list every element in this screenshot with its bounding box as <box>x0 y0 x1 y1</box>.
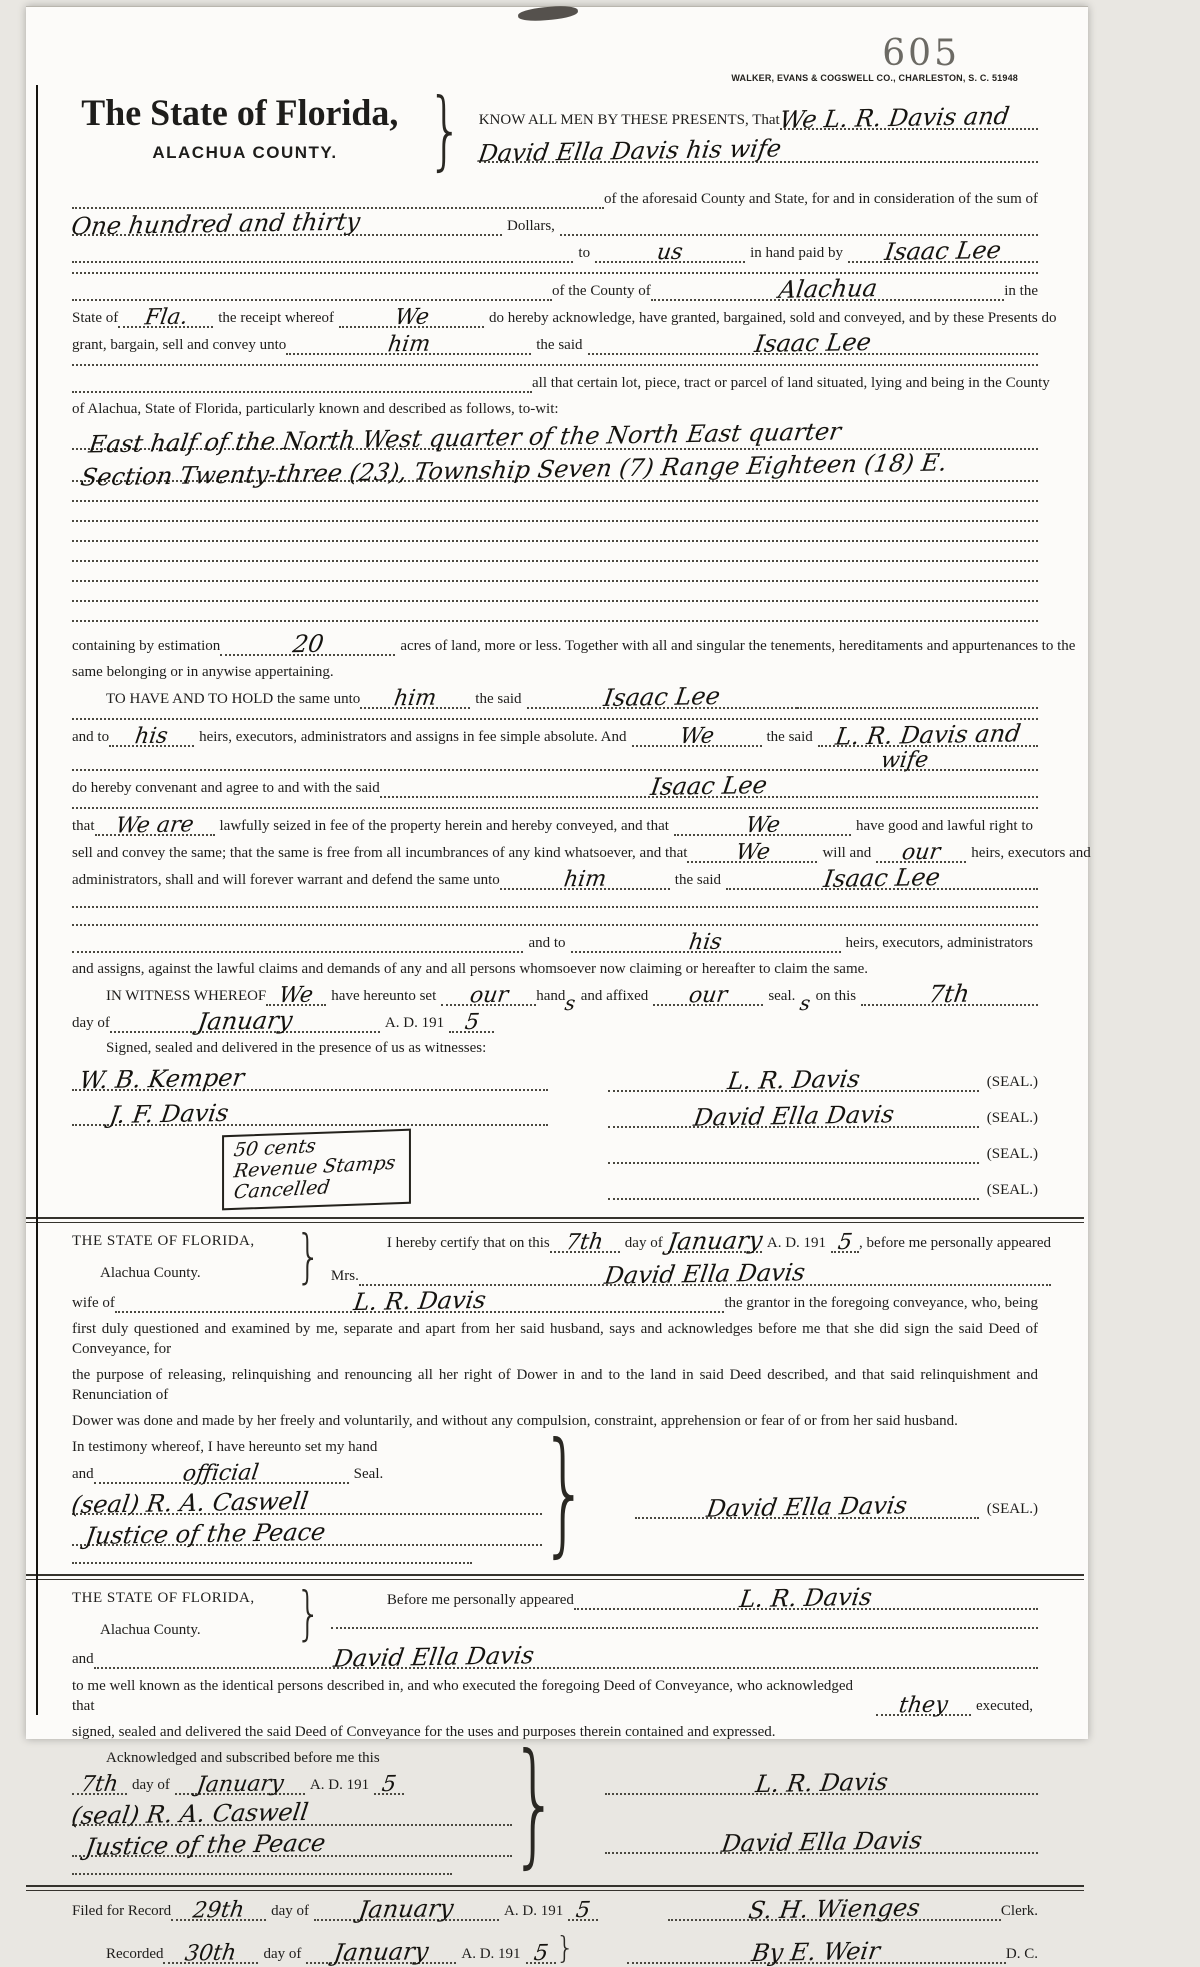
jp-title-line: Justice of the Peace <box>72 1527 542 1546</box>
handwritten-us: us <box>657 248 684 258</box>
covenant-line: do hereby convenant and agree to and wit… <box>72 778 1038 798</box>
handwritten-him-3: him <box>563 875 607 886</box>
blank-fill <box>72 618 1038 622</box>
state-fill: Fla. <box>118 311 213 328</box>
notary1-paragraph-2: the purpose of releasing, relinquishing … <box>72 1365 1038 1405</box>
grantor-names-fill: We L. R. Davis and <box>780 111 1038 130</box>
seized-end: have good and lawful right to <box>851 816 1038 836</box>
blank-fill <box>72 498 1038 502</box>
seized-fill-2: We <box>674 819 851 836</box>
handwritten-our-2: our <box>469 991 508 1002</box>
claims-text: and assigns, against the lawful claims a… <box>72 959 1038 979</box>
will-and-label: will and <box>817 843 876 863</box>
convey-label: grant, bargain, sell and convey unto <box>72 335 286 355</box>
convey-fill: him <box>286 338 531 355</box>
heirs-line: and to his heirs, executors, administrat… <box>72 727 1038 747</box>
handwritten-our: our <box>901 848 940 859</box>
handwritten-year: 5 <box>464 1018 479 1028</box>
masthead-brace: } <box>427 87 463 173</box>
section-rule <box>26 1217 1084 1223</box>
grantor-names-fill-2: David Ella Davis his wife <box>479 144 1038 163</box>
blank-fill <box>72 259 573 263</box>
and-to-fill: his <box>571 936 841 953</box>
and-to-label: and to <box>523 933 570 953</box>
warrant-fill: him <box>500 873 670 890</box>
handwritten-husband-name: L. R. Davis <box>353 1295 486 1307</box>
seal-row-4: (SEAL.) <box>608 1180 1038 1200</box>
handwritten-they: they <box>898 1701 948 1712</box>
presence-text: Signed, sealed and delivered in the pres… <box>72 1038 1038 1058</box>
deed-content: The State of Florida, ALACHUA COUNTY. } … <box>26 7 1088 1745</box>
handwritten-grantors-1: We L. R. Davis and <box>779 111 1010 125</box>
notary1-mrs-line: Mrs. David Ella Davis <box>331 1266 1051 1286</box>
blank-fill <box>560 232 1038 236</box>
warrant-line: administrators, shall and will forever w… <box>72 870 1038 890</box>
receipt-label: the receipt whereof <box>213 308 339 328</box>
blank-line <box>72 270 1038 274</box>
certify-label: I hereby certify that on this <box>331 1233 550 1253</box>
handwritten-grantee: Isaac Lee <box>754 337 872 349</box>
day-fill: 7th <box>861 987 1038 1006</box>
grantor-fill: L. R. Davis and <box>818 728 1038 747</box>
month-fill: January <box>110 1014 380 1033</box>
blank-fill <box>72 270 1038 274</box>
legal-fill-1: East half of the North West quarter of t… <box>72 431 1038 450</box>
wife-line: wife <box>72 754 1038 771</box>
witness-row-2: J. F. Davis <box>72 1107 548 1126</box>
handwritten-legal-1: East half of the North West quarter of t… <box>88 426 841 449</box>
to-have-fill: him <box>360 692 470 709</box>
paid-by-line: to us in hand paid by Isaac Lee <box>72 243 1038 263</box>
handwritten-his: his <box>135 732 169 743</box>
witness-column: W. B. Kemper J. F. Davis 50 cents Revenu… <box>72 1062 608 1207</box>
blank-fill <box>72 518 1038 522</box>
testimony-block: In testimony whereof, I have hereunto se… <box>72 1435 1038 1564</box>
seal-label-3: (SEAL.) <box>979 1144 1038 1164</box>
on-this-label: on this <box>811 986 861 1006</box>
handwritten-we-5: We <box>279 991 314 1002</box>
seal-row-2: David Ella Davis (SEAL.) <box>608 1108 1038 1128</box>
in-witness-label: IN WITNESS WHEREOF <box>72 986 266 1006</box>
testimony-brace: } <box>540 1426 589 1560</box>
signature-3-fill <box>608 1147 979 1164</box>
blank-fill <box>72 716 1038 720</box>
seal-label-4: (SEAL.) <box>979 1180 1038 1200</box>
handwritten-n2-name2: David Ella Davis <box>333 1650 535 1663</box>
year-fill: 5 <box>449 1016 494 1033</box>
revenue-stamp-box: 50 cents Revenue Stamps Cancelled <box>222 1129 411 1211</box>
jp-title-fill: Justice of the Peace <box>72 1527 542 1546</box>
blank-line <box>331 1625 1038 1629</box>
acres-rest: acres of land, more or less. Together wi… <box>395 636 1080 656</box>
wife-of-line: wife of L. R. Davis the grantor in the f… <box>72 1293 1038 1313</box>
blank-line <box>72 578 1038 582</box>
scanned-deed-page: 605 WALKER, EVANS & COGSWELL CO., CHARLE… <box>26 6 1088 1739</box>
blank-line <box>72 805 1038 809</box>
notary1-brace: } <box>296 1227 322 1285</box>
legal-fill-2: Section Twenty-three (23), Township Seve… <box>72 463 1038 482</box>
parcel-text-1: all that certain lot, piece, tract or pa… <box>532 373 1050 393</box>
blank-fill <box>72 558 1038 562</box>
amount-fill: One hundred and thirty <box>72 217 502 236</box>
state-of-label: State of <box>72 308 118 328</box>
grantee-fill: Isaac Lee <box>588 336 1039 355</box>
free-fill: We <box>687 846 817 863</box>
jp-sig-fill: (seal) R. A. Caswell <box>72 1496 542 1515</box>
county-of-line: of the County of Alachua in the <box>72 281 1038 301</box>
parcel-line-1: all that certain lot, piece, tract or pa… <box>72 373 1038 393</box>
n1-day-of: day of <box>620 1233 668 1253</box>
presents-line-1: KNOW ALL MEN BY THESE PRESENTS, That We … <box>479 110 1038 130</box>
county-subtitle: ALACHUA COUNTY. <box>72 143 418 163</box>
handwritten-month: January <box>197 1015 293 1027</box>
free-text: sell and convey the same; that the same … <box>72 843 687 863</box>
handwritten-we-2: We <box>679 732 714 743</box>
amount-line: One hundred and thirty Dollars, <box>72 216 1038 236</box>
to-label: to <box>573 243 595 263</box>
notary1-certify-line: I hereby certify that on this 7th day of… <box>331 1233 1051 1253</box>
and-fill: We <box>632 730 762 747</box>
seal-word: seal. <box>763 986 800 1006</box>
state-receipt-line: State of Fla. the receipt whereof We do … <box>72 308 1038 328</box>
presents-block: KNOW ALL MEN BY THESE PRESENTS, That We … <box>479 95 1038 163</box>
receipt-fill: We <box>339 311 484 328</box>
handwritten-we-4: We <box>735 848 770 859</box>
handwritten-grantor-name: L. R. Davis and <box>835 728 1021 741</box>
n2-and-label: and <box>72 1649 94 1669</box>
day-of-label: day of <box>72 1013 110 1033</box>
handwritten-we-are: We are <box>115 820 194 831</box>
handwritten-we-3: We <box>745 821 780 832</box>
handwritten-acres: 20 <box>292 639 324 650</box>
and-to-line: and to his heirs, executors, administrat… <box>72 933 1038 953</box>
handwritten-grantors-2: David Ella Davis his wife <box>478 143 782 158</box>
handwritten-our-3: our <box>689 991 728 1002</box>
testimony-right: David Ella Davis (SEAL.) <box>605 1435 1038 1519</box>
in-the-label: in the <box>1004 281 1038 301</box>
witness-2-fill: J. F. Davis <box>72 1107 548 1126</box>
blank-line <box>72 498 1038 502</box>
n1-day-fill: 7th <box>550 1236 620 1253</box>
handwritten-n1-day: 7th <box>566 1238 605 1249</box>
parcel-text-2: of Alachua, State of Florida, particular… <box>72 399 1038 419</box>
seized-rest: lawfully seized in fee of the property h… <box>215 816 674 836</box>
handwritten-plural-s-1: s <box>565 998 577 1008</box>
name2-fill: David Ella Davis <box>94 1650 1038 1669</box>
notary1-state: THE STATE OF FLORIDA, <box>72 1231 290 1251</box>
blank-fill <box>72 949 523 953</box>
our-fill-2: our <box>653 989 763 1006</box>
blank-fill <box>72 805 1038 809</box>
testimony-text: In testimony whereof, I have hereunto se… <box>72 1437 542 1457</box>
executed-line: to me well known as the identical person… <box>72 1676 1038 1716</box>
handwritten-n2-name1: L. R. Davis <box>739 1592 872 1604</box>
section-rule <box>26 1574 1084 1580</box>
grantee-fill-2: Isaac Lee <box>527 690 797 709</box>
seal-row-3: (SEAL.) <box>608 1144 1038 1164</box>
aforesaid-text: of the aforesaid County and State, for a… <box>604 189 1038 209</box>
n1-year-fill: 5 <box>831 1236 859 1253</box>
handwritten-signature-2: David Ella Davis <box>693 1109 895 1122</box>
handwritten-jp-signature: (seal) R. A. Caswell <box>71 1496 309 1510</box>
masthead-title-block: The State of Florida, ALACHUA COUNTY. <box>72 95 418 163</box>
handwritten-jp-title: Justice of the Peace <box>85 1527 326 1541</box>
notary1-head-right: I hereby certify that on this 7th day of… <box>331 1231 1051 1286</box>
executed-label: executed, <box>971 1696 1038 1716</box>
n1-month-fill: January <box>668 1234 762 1253</box>
containing-label: containing by estimation <box>72 636 220 656</box>
acres-fill: 20 <box>220 637 395 656</box>
notary2-head: THE STATE OF FLORIDA, Alachua County. } … <box>72 1588 1038 1642</box>
masthead: The State of Florida, ALACHUA COUNTY. } … <box>72 95 1038 173</box>
handwritten-we: We <box>394 313 429 324</box>
convey-line: grant, bargain, sell and convey unto him… <box>72 335 1038 355</box>
seal-word-label: Seal. <box>349 1464 389 1484</box>
handwritten-his-2: his <box>689 938 723 949</box>
seal-label-2: (SEAL.) <box>979 1108 1038 1128</box>
blank-fill <box>72 538 1038 542</box>
blank-fill <box>797 705 1038 709</box>
blank-fill <box>72 904 1038 908</box>
wife-of-label: wife of <box>72 1293 115 1313</box>
handwritten-signature-1: L. R. Davis <box>727 1074 860 1086</box>
presents-line-2: David Ella Davis his wife <box>479 144 1038 163</box>
blank-line <box>72 598 1038 602</box>
grantee-fill-3: Isaac Lee <box>726 871 1038 890</box>
witness-1-fill: W. B. Kemper <box>72 1072 548 1091</box>
grantor-rest: the grantor in the foregoing conveyance,… <box>724 1293 1038 1313</box>
containing-line: containing by estimation 20 acres of lan… <box>72 636 1038 656</box>
ad-label: A. D. 191 <box>380 1013 449 1033</box>
dollars-label: Dollars, <box>502 216 560 236</box>
heirs-rest: heirs, executors, administrators and ass… <box>194 727 631 747</box>
and-label: and <box>72 1464 94 1484</box>
handwritten-n1-month: January <box>667 1235 763 1247</box>
will-fill: our <box>876 846 966 863</box>
handwritten-him-2: him <box>393 694 437 705</box>
we-fill: We <box>266 989 326 1006</box>
handwritten-grantee-2: Isaac Lee <box>603 691 721 703</box>
n1-appeared: , before me personally appeared <box>859 1233 1051 1253</box>
signature-4-fill <box>608 1183 979 1200</box>
notary2-head-right: Before me personally appeared L. R. Davi… <box>331 1588 1038 1629</box>
blank-fill <box>72 922 1038 926</box>
handwritten-county: Alachua <box>778 283 878 295</box>
testimony-left: In testimony whereof, I have hereunto se… <box>72 1435 542 1564</box>
signature-1-fill: L. R. Davis <box>608 1073 979 1092</box>
to-have-line: TO HAVE AND TO HOLD the same unto him th… <box>72 689 1038 709</box>
handwritten-wife: wife <box>880 756 929 767</box>
blank-line <box>72 904 1038 908</box>
blank-line <box>72 538 1038 542</box>
heirs-pre: and to <box>72 727 109 747</box>
seal-label-1: (SEAL.) <box>979 1072 1038 1092</box>
set-label: have hereunto set <box>326 986 441 1006</box>
acknowledged-brace: } <box>510 1737 559 1745</box>
the-said-label: the said <box>531 335 587 355</box>
notary2-paragraph-1: to me well known as the identical person… <box>72 1676 876 1716</box>
the-said-label-2: the said <box>470 689 526 709</box>
blank-fill <box>72 1560 472 1564</box>
handwritten-grantee-3: Isaac Lee <box>650 780 768 792</box>
printer-credit: WALKER, EVANS & COGSWELL CO., CHARLESTON… <box>731 73 1018 83</box>
in-witness-line: IN WITNESS WHEREOF We have hereunto set … <box>72 986 1038 1006</box>
warrant-text: administrators, shall and will forever w… <box>72 870 500 890</box>
mrs-label: Mrs. <box>331 1266 359 1286</box>
handwritten-witness-1: W. B. Kemper <box>79 1073 245 1086</box>
handwritten-n1-year: 5 <box>837 1238 852 1248</box>
blank-fill <box>72 297 552 301</box>
witness-row-1: W. B. Kemper <box>72 1072 548 1091</box>
handwritten-dower-signature: David Ella Davis <box>706 1500 908 1513</box>
blank-line <box>72 922 1038 926</box>
and-name-line: and David Ella Davis <box>72 1649 1038 1669</box>
legal-desc-line-2: Section Twenty-three (23), Township Seve… <box>72 463 1038 482</box>
blank-line <box>72 362 1038 366</box>
official-seal-line: and official Seal. <box>72 1464 542 1484</box>
before-line: Before me personally appeared L. R. Davi… <box>331 1590 1038 1610</box>
notary2-state: THE STATE OF FLORIDA, <box>72 1588 290 1608</box>
mrs-fill: David Ella Davis <box>359 1267 1051 1286</box>
scan-edge-artifact <box>36 85 38 1715</box>
legal-desc-line-1: East half of the North West quarter of t… <box>72 431 1038 450</box>
to-fill: us <box>595 246 745 263</box>
handwritten-official: official <box>183 1468 260 1479</box>
seized-fill: We are <box>95 819 215 836</box>
notary1-sig-line: David Ella Davis (SEAL.) <box>635 1499 1038 1519</box>
blank-fill <box>72 598 1038 602</box>
blank-fill <box>331 1625 1038 1629</box>
heirs-exec-label: heirs, executors, administrators <box>841 933 1038 953</box>
heirs-fill: his <box>109 730 194 747</box>
notary1-seal-label: (SEAL.) <box>979 1499 1038 1519</box>
handwritten-witness-2: J. F. Davis <box>109 1108 229 1120</box>
hand-label: hand <box>536 986 565 1006</box>
blank-fill <box>72 578 1038 582</box>
page-number: 605 <box>882 33 960 74</box>
signature-2-fill: David Ella Davis <box>608 1109 979 1128</box>
notary1-sig-fill: David Ella Davis <box>635 1500 978 1519</box>
notary2-brace: } <box>296 1584 322 1642</box>
our-fill-1: our <box>441 989 536 1006</box>
belonging-text: same belonging or in anywise appertainin… <box>72 662 1038 682</box>
blank-fill <box>72 362 1038 366</box>
notary1-head: THE STATE OF FLORIDA, Alachua County. } … <box>72 1231 1038 1286</box>
blank-line <box>72 1560 542 1564</box>
handwritten-payer: Isaac Lee <box>884 245 1002 257</box>
paid-by-label: in hand paid by <box>745 243 848 263</box>
handwritten-plural-s-2: s <box>800 998 812 1008</box>
notary2-county: Alachua County. <box>72 1620 290 1640</box>
wife-of-fill: L. R. Davis <box>115 1294 724 1313</box>
the-said-label-3: the said <box>762 727 818 747</box>
acknowledge-text: do hereby acknowledge, have granted, bar… <box>484 308 1061 328</box>
blank-line <box>72 558 1038 562</box>
handwritten-mrs-name: David Ella Davis <box>604 1267 806 1280</box>
notary1-venue: THE STATE OF FLORIDA, Alachua County. <box>72 1231 290 1283</box>
blank-line <box>72 618 1038 622</box>
handwritten-legal-2: Section Twenty-three (23), Township Seve… <box>80 457 947 482</box>
wife-fill: wife <box>72 754 1038 771</box>
n1-ad: A. D. 191 <box>762 1233 831 1253</box>
county-fill: Alachua <box>651 282 1005 301</box>
presents-intro: KNOW ALL MEN BY THESE PRESENTS, That <box>479 110 780 130</box>
notary1-paragraph-1: first duly questioned and examined by me… <box>72 1319 1038 1359</box>
blank-fill <box>72 389 532 393</box>
payer-fill: Isaac Lee <box>848 244 1038 263</box>
handwritten-day: 7th <box>929 989 971 1000</box>
official-fill: official <box>94 1467 349 1484</box>
affixed-label: and affixed <box>576 986 654 1006</box>
they-fill: they <box>876 1699 971 1716</box>
handwritten-state: Fla. <box>144 313 188 324</box>
signature-zone: W. B. Kemper J. F. Davis 50 cents Revenu… <box>72 1062 1038 1207</box>
seal-row-1: L. R. Davis (SEAL.) <box>608 1072 1038 1092</box>
the-said-label-4: the said <box>670 870 726 890</box>
seal-column: L. R. Davis (SEAL.) David Ella Davis (SE… <box>608 1062 1038 1207</box>
covenant-fill: Isaac Lee <box>380 779 1038 798</box>
notary1-county: Alachua County. <box>72 1263 290 1283</box>
blank-line <box>72 518 1038 522</box>
notary2-venue: THE STATE OF FLORIDA, Alachua County. <box>72 1588 290 1640</box>
handwritten-amount: One hundred and thirty <box>71 216 361 231</box>
state-title: The State of Florida, <box>72 95 408 133</box>
handwritten-him: him <box>387 340 431 351</box>
seized-line-1: that We are lawfully seized in fee of th… <box>72 816 1038 836</box>
before-label: Before me personally appeared <box>331 1590 574 1610</box>
handwritten-grantee-4: Isaac Lee <box>823 872 941 884</box>
name1-fill: L. R. Davis <box>574 1591 1038 1610</box>
free-end: heirs, executors and <box>966 843 1096 863</box>
aforesaid-line: of the aforesaid County and State, for a… <box>72 189 1038 209</box>
seized-pre: that <box>72 816 95 836</box>
covenant-label: do hereby convenant and agree to and wit… <box>72 778 380 798</box>
to-have-label: TO HAVE AND TO HOLD the same unto <box>72 689 360 709</box>
blank-line <box>72 716 1038 720</box>
county-of-label: of the County of <box>552 281 651 301</box>
free-line: sell and convey the same; that the same … <box>72 843 1038 863</box>
jp-signature-line: (seal) R. A. Caswell <box>72 1496 542 1515</box>
date-line: day of January A. D. 191 5 <box>72 1013 1038 1033</box>
